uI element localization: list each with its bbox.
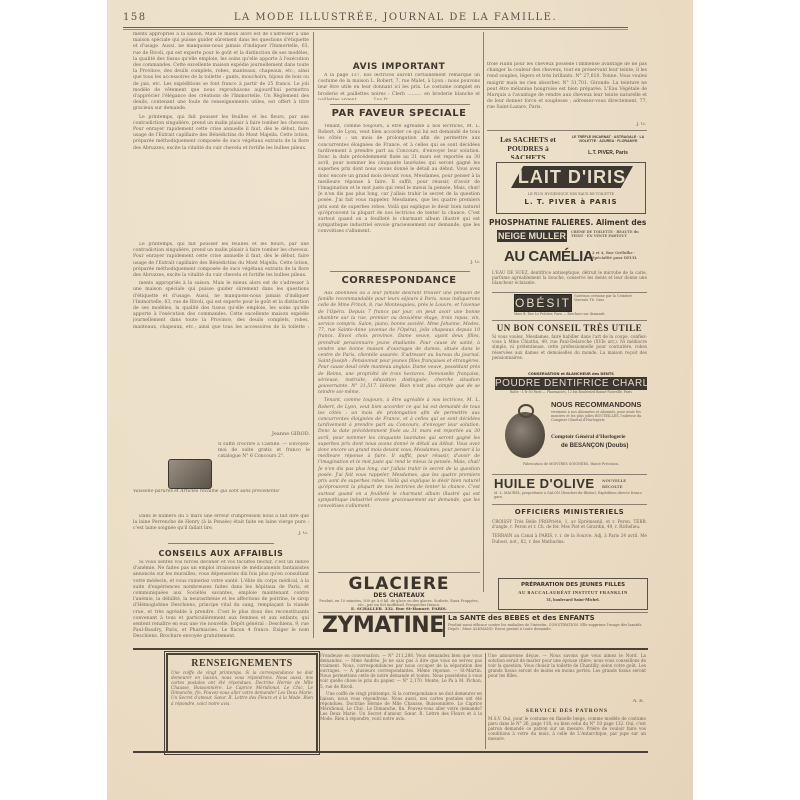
neige-muller-title: NEIGE MULLER (497, 230, 567, 242)
renseignements-heading: RENSEIGNEMENTS (168, 657, 316, 670)
zymatine-tagline: La SANTÉ des BÉBÉS et des ENFANTS (448, 614, 595, 622)
lait-diris-subtitle: LE PLUS HYGIÉNIQUE DES EAUX DE TOILETTE (497, 192, 645, 198)
horlogerie-title: NOUS RECOMMANDONS (551, 400, 647, 409)
page-header: 158 LA MODE ILLUSTRÉE, JOURNAL DE LA FAM… (123, 12, 628, 26)
right-intro-text: trole Hahn pour les cheveux possède l'im… (487, 62, 647, 112)
huile-olive-ad: HUILE D'OLIVE NOUVELLE RÉCOLTE M. L. MAU… (492, 476, 647, 504)
lait-diris-ad: LAIT D'IRIS LE PLUS HYGIÉNIQUE DES EAUX … (496, 162, 646, 214)
officiers-croissy: CROISSY Très Belle PROPriété, 1, av Epré… (492, 519, 647, 529)
sachets-brand: L.T. PIVER, Paris (571, 150, 645, 156)
camelia-side: 2 et 4, Rue Gréfulhe · Spécialité pour D… (592, 251, 648, 261)
charlard-bottom: Boîte : 1 fr 50 Paris — Pharmacies, 12 b… (495, 390, 647, 394)
right-intro-article: trole Hahn pour les cheveux possède l'im… (487, 62, 647, 126)
left-spring-repeat: Le printemps, qui fait pousser les feuil… (133, 242, 309, 279)
page-number: 158 (123, 12, 147, 23)
renseignements-column-3: Une amoureuse déçue. — Nous savons que v… (488, 653, 646, 699)
eau-de-suez-ad: L'EAU DE SUEZ, dentifrice antiseptique, … (492, 270, 647, 290)
renseignements-top-rule (133, 648, 648, 650)
renseignements-col2-text: Frondeuse en conversation. — N° 211,288.… (320, 653, 482, 689)
obesite-footer: Mme B, Rue Le Peletier, Paris — Brochure… (514, 312, 644, 316)
faveur-text: Tenant, comme toujours, à être agréable … (318, 124, 480, 236)
conseils-heading: CONSEILS AUX AFFAIBLIS (133, 549, 309, 558)
sachets-title: Les SACHETS et POUDRES à SACHETS (489, 135, 567, 159)
obesite-ad: OBÉSITÉ Guérison certaine par la Ceintur… (514, 294, 644, 318)
avis-article: A la page 137, nos lectrices auront cert… (318, 73, 480, 100)
section-rule (318, 612, 648, 613)
lait-diris-title: LAIT D'IRIS (511, 166, 633, 188)
obesite-title: OBÉSITÉ (514, 294, 572, 312)
neige-muller-ad: NEIGE MULLER CRÈME DE TOILETTE · BEAUTÉ … (497, 230, 647, 244)
obesite-side: Guérison certaine par la Ceinture Ventra… (574, 294, 644, 302)
glaciere-address: E. SCHALLER, 332, Rue St-Honoré, PARIS. (318, 607, 480, 610)
huile-olive-text: M. L. MAUREL, propriétaire à SALON (Bouc… (494, 491, 647, 499)
officiers-ministeriels: OFFICIERS MINISTÉRIELS CROISSY Très Bell… (492, 508, 647, 568)
watch-ring-icon (518, 404, 534, 418)
erratum-signature: J. G. (270, 531, 308, 537)
purse-illustration (168, 459, 212, 489)
purse-ad-body: Il suffit d'écrire à Castille. — Envoyez… (218, 442, 310, 461)
correspondance-article: Aux abonnées ou à leur famille désirant … (318, 291, 480, 558)
renseignements-col3-text: Une amoureuse déçue. — Nous savons que v… (488, 653, 646, 678)
zymatine-divider (443, 615, 445, 637)
signature-girod: Jeanne GIROD. (250, 431, 310, 437)
renseignements-column-2: Frondeuse en conversation. — N° 211,288.… (320, 653, 482, 749)
correspondance-text-cont: Tenant, comme toujours, à être agréable … (318, 398, 480, 510)
purse-ad-text: Il suffit d'écrire à Castille. — Envoyez… (218, 442, 310, 490)
horlogerie-city: de BESANÇON (Doubs) (561, 443, 647, 449)
huile-olive-side: NOUVELLE RÉCOLTE (602, 478, 647, 489)
officiers-terrain: TERRAIN au Canal à PARIS, r. r. de la So… (492, 533, 647, 543)
horlogerie-brand: Comptoir Général d'Horlogerie (551, 434, 647, 440)
lait-diris-brand: L. T. PIVER à PARIS (497, 198, 645, 206)
preparation-title: PRÉPARATION DES JEUNES FILLES (499, 581, 647, 589)
pocket-watch-illustration (505, 412, 545, 458)
preparation-address: 31, boulevard Saint-Michel. (499, 596, 647, 603)
section-rule (492, 320, 647, 321)
section-rule (168, 543, 274, 544)
renseignements-box: RENSEIGNEMENTS Une coiffe de vingt print… (166, 653, 318, 753)
horlogerie-text: vivement à nos Abonnées et Abonnés, pour… (551, 410, 647, 423)
conseils-text: Si vous sentez vos forces décliner et vo… (133, 560, 309, 638)
charlard-title: POUDRE DENTIFRICE CHARLARD (495, 377, 647, 390)
zymatine-ad: ZYMATINE La SANTÉ des BÉBÉS et des ENFAN… (318, 614, 648, 640)
sachets-ad: Les SACHETS et POUDRES à SACHETS LE TRÈF… (487, 133, 647, 159)
avis-text: A la page 137, nos lectrices auront cert… (318, 73, 480, 100)
renseignements-text: Une coiffe de vingt printemps. Si la cor… (168, 670, 316, 748)
running-title: LA MODE ILLUSTRÉE, JOURNAL DE LA FAMILLE… (163, 12, 628, 23)
purse-caption: Vaisselle-parures et Articles réclame qu… (133, 489, 309, 501)
camelia-title: AU CAMÉLIA (504, 247, 593, 267)
section-rule (492, 292, 647, 293)
glaciere-title: GLACIÈRE (318, 576, 480, 593)
bon-conseil-title: UN BON CONSEIL TRÈS UTILE (492, 322, 647, 334)
section-rule (318, 572, 480, 573)
faveur-signature: J. G. (440, 260, 480, 266)
zymatine-text: Produit aussi efficace contre les maladi… (448, 623, 648, 631)
section-rule (330, 271, 470, 272)
glaciere-ad: GLACIÈRE DES CHATEAUX Produit, en 10 min… (318, 576, 480, 610)
column-divider-left (313, 32, 314, 638)
bon-conseil-ad: UN BON CONSEIL TRÈS UTILE Si vous voulez… (492, 322, 647, 367)
left-spring-paragraph: Le printemps, qui fait pousser les feuil… (133, 115, 309, 152)
charlard-ad: CONSERVATION et BLANCHEUR des DENTS POUD… (495, 372, 647, 398)
preparation-subtitle: AU BACCALAURÉAT INSTITUT FRANKLIN (499, 589, 647, 596)
horlogerie-footer: Fabrication de MONTRES SOIGNÉES, Haute P… (505, 462, 647, 468)
service-patrons-text: M.S.V. Oui, pour le costume en flanelle … (488, 716, 646, 749)
left-intro-repeat: ments appropriés à la saison. Mais le mi… (133, 281, 309, 330)
faveur-heading: PAR FAVEUR SPÉCIALE (318, 108, 480, 119)
left-intro-article: ments appropriés à la saison. Mais le mi… (133, 32, 309, 242)
phosphatine-ad: PHOSPHATINE FALIÈRES. Aliment des Enfant… (489, 218, 649, 227)
officiers-heading: OFFICIERS MINISTÉRIELS (492, 508, 647, 517)
preparation-ad: PRÉPARATION DES JEUNES FILLES AU BACCALA… (498, 578, 648, 610)
sachets-perfumes: LE TRÈFLE INCARNAT · ASTRAGALE · LA VIOL… (571, 135, 645, 144)
erratum-text: Dans le numéro du 5 mars une erreur d'im… (133, 514, 309, 533)
right-intro-signature: J. G. (610, 122, 646, 128)
section-rule (330, 104, 470, 105)
section-rule (492, 504, 647, 505)
zymatine-title: ZYMATINE (322, 614, 444, 638)
correspondance-heading: CORRESPONDANCE (318, 275, 480, 286)
bon-conseil-text: Si vous voulez, Mesdames, faire habiller… (492, 334, 647, 360)
neige-muller-tagline: CRÈME DE TOILETTE · BEAUTÉ du TEINT · EN… (571, 230, 646, 238)
horlogerie-ad: NOUS RECOMMANDONS vivement à nos Abonnée… (505, 400, 647, 472)
left-spring-continued: Le printemps, qui fait pousser les feuil… (133, 242, 309, 330)
renseignements-col2-cont: Une coiffe de vingt printemps. Si la cor… (320, 691, 482, 722)
faveur-article: Tenant, comme toujours, à être agréable … (318, 124, 480, 262)
section-rule (487, 130, 647, 131)
header-rule-secondary (123, 29, 628, 30)
section-rule (492, 474, 647, 475)
header-rule (123, 27, 628, 28)
renseignements-col3-signature: A. R. (610, 699, 644, 705)
service-patrons-heading: SERVICE DES PATRONS (488, 708, 646, 714)
huile-olive-title: HUILE D'OLIVE (494, 476, 595, 491)
left-intro-paragraph: ments appropriés à la saison. Mais le mi… (133, 32, 309, 113)
renseignements-bottom-rule (133, 751, 648, 753)
column-divider-bottom (485, 653, 486, 749)
correspondance-text: Aux abonnées ou à leur famille désirant … (318, 291, 480, 396)
camelia-ad: AU CAMÉLIA 2 et 4, Rue Gréfulhe · Spécia… (492, 247, 648, 269)
conseils-article: Si vous sentez vos forces décliner et vo… (133, 560, 309, 638)
column-divider-right (483, 32, 484, 592)
avis-heading: AVIS IMPORTANT (318, 62, 480, 72)
